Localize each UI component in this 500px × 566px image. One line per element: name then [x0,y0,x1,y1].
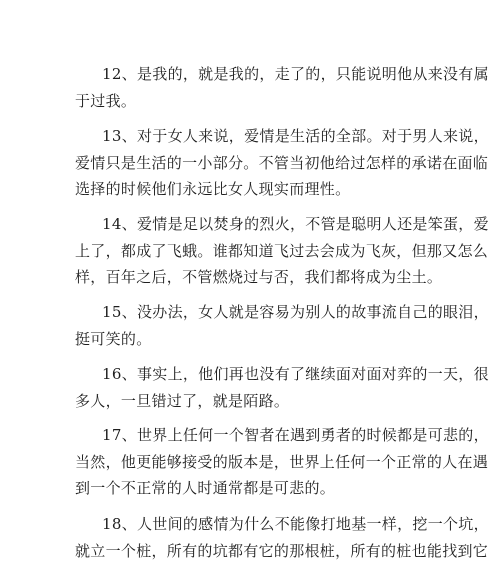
paragraph-line: 于过我。 [75,88,420,115]
paragraph-line: 17、世界上任何一个智者在遇到勇者的时候都是可悲的， [75,422,420,449]
paragraph-17: 17、世界上任何一个智者在遇到勇者的时候都是可悲的， 当然，他更能够接受的版本是… [75,422,420,502]
paragraph-14: 14、爱情是足以焚身的烈火，不管是聪明人还是笨蛋，爱 上了，都成了飞蛾。谁都知道… [75,211,420,291]
paragraph-line: 当然，他更能够接受的版本是，世界上任何一个正常的人在遇 [75,449,420,476]
paragraph-line: 15、没办法，女人就是容易为别人的故事流自己的眼泪， [75,299,420,326]
paragraph-18: 18、人世间的感情为什么不能像打地基一样，挖一个坑， 就立一个桩，所有的坑都有它… [75,511,420,564]
paragraph-line: 16、事实上，他们再也没有了继续面对面对弈的一天，很 [75,361,420,388]
paragraph-line: 12、是我的，就是我的，走了的，只能说明他从来没有属 [75,61,420,88]
paragraph-13: 13、对于女人来说，爱情是生活的全部。对于男人来说， 爱情只是生活的一小部分。不… [75,123,420,203]
paragraph-line: 上了，都成了飞蛾。谁都知道飞过去会成为飞灰，但那又怎么 [75,238,420,265]
paragraph-16: 16、事实上，他们再也没有了继续面对面对弈的一天，很 多人，一旦错过了，就是陌路… [75,361,420,414]
paragraph-line: 多人，一旦错过了，就是陌路。 [75,388,420,415]
paragraph-line: 样，百年之后，不管燃烧过与否，我们都将成为尘土。 [75,264,420,291]
paragraph-line: 到一个不正常的人时通常都是可悲的。 [75,475,420,502]
paragraph-line: 爱情只是生活的一小部分。不管当初他给过怎样的承诺在面临 [75,150,420,177]
paragraph-line: 选择的时候他们永远比女人现实而理性。 [75,176,420,203]
paragraph-15: 15、没办法，女人就是容易为别人的故事流自己的眼泪， 挺可笑的。 [75,299,420,352]
document-page: 12、是我的，就是我的，走了的，只能说明他从来没有属 于过我。 13、对于女人来… [0,0,500,566]
paragraph-line: 13、对于女人来说，爱情是生活的全部。对于男人来说， [75,123,420,150]
paragraph-line: 18、人世间的感情为什么不能像打地基一样，挖一个坑， [75,511,420,538]
paragraph-line: 14、爱情是足以焚身的烈火，不管是聪明人还是笨蛋，爱 [75,211,420,238]
paragraph-line: 就立一个桩，所有的坑都有它的那根桩，所有的桩也能找到它 [75,538,420,565]
paragraph-12: 12、是我的，就是我的，走了的，只能说明他从来没有属 于过我。 [75,61,420,114]
paragraph-line: 挺可笑的。 [75,326,420,353]
